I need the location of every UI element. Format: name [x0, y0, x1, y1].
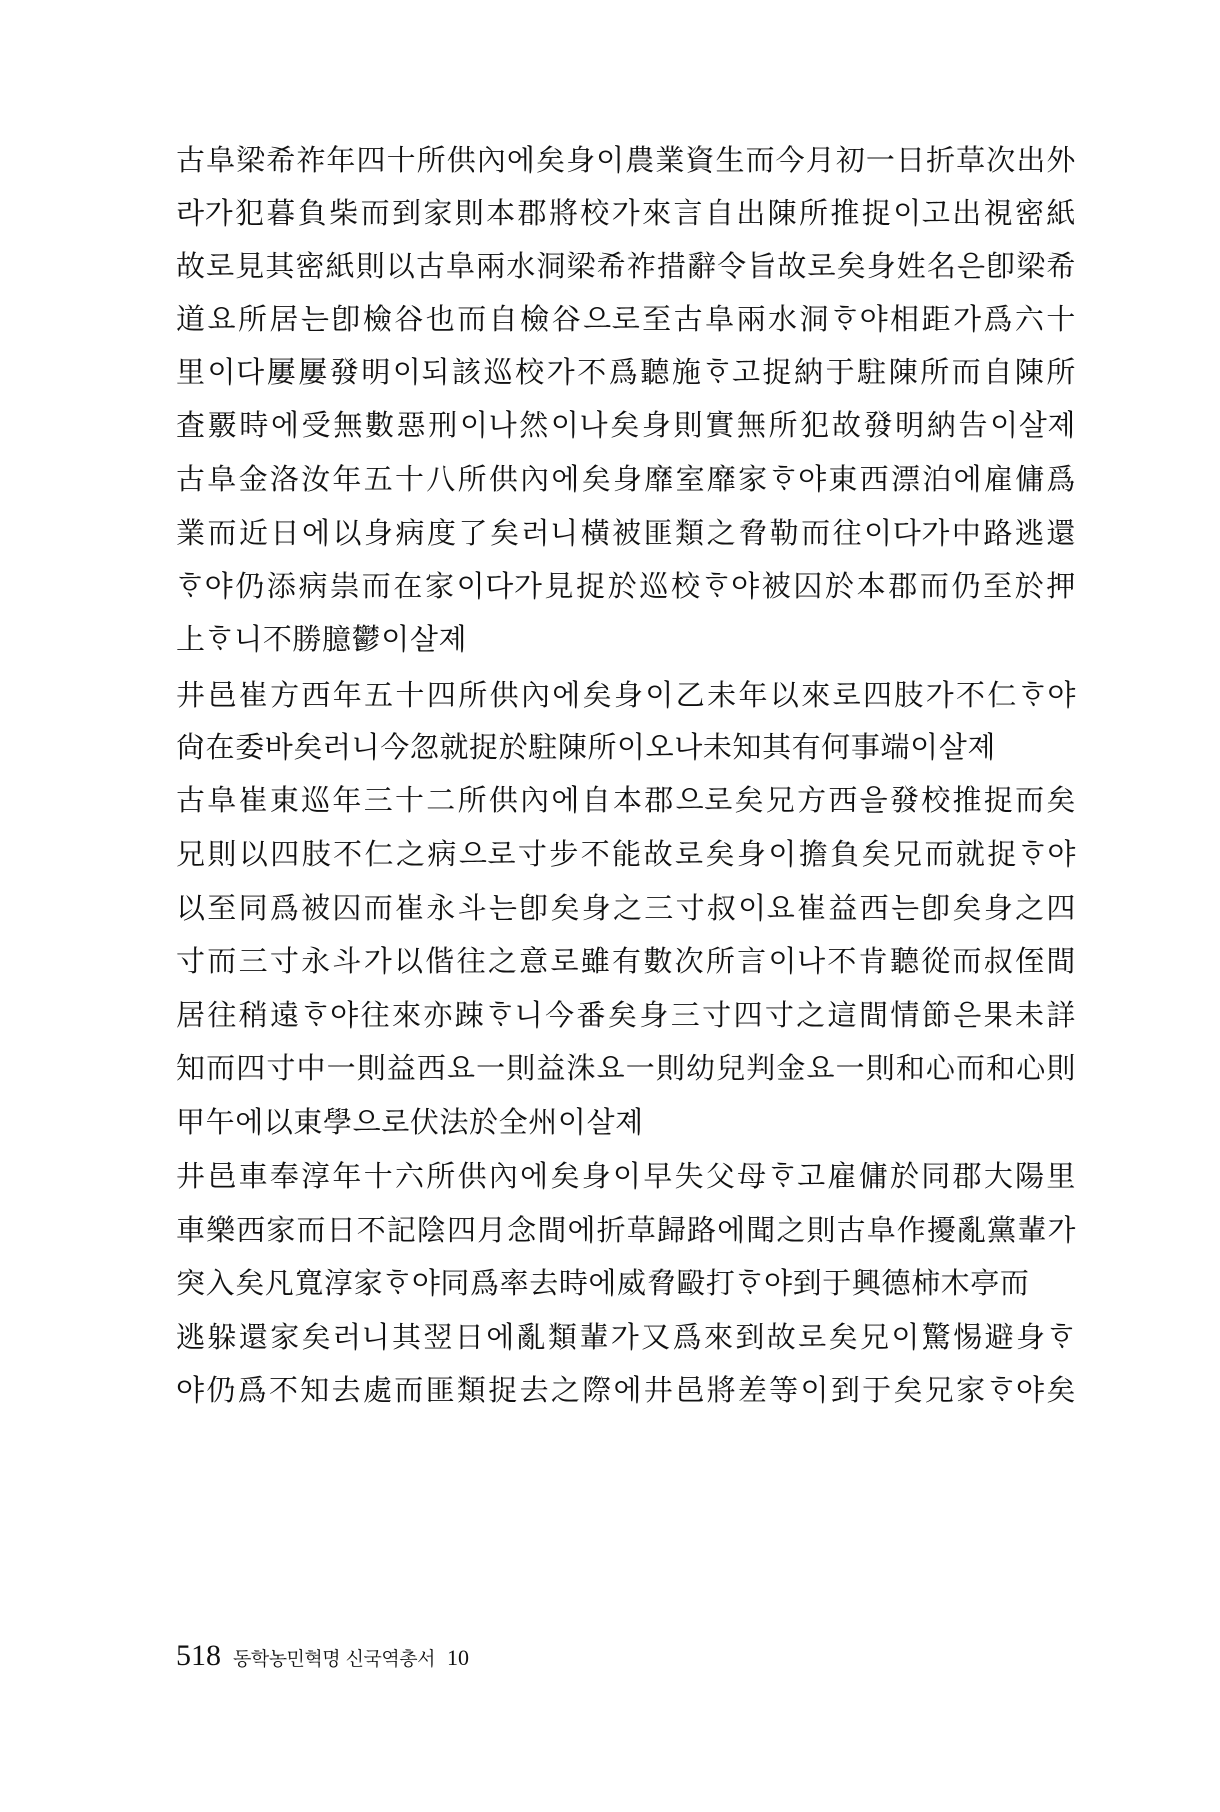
- text-line: 査覈時에受無數惡刑이나然이나矣身則實無所犯故發明納告이살졔: [176, 405, 1076, 445]
- text-line: 古阜崔東巡年三十二所供內에自本郡으로矣兄方西을發校推捉而矣: [176, 780, 1076, 820]
- text-line: 故로見其密紙則以古阜兩水洞梁希祚措辭令旨故로矣身姓名은卽梁希: [176, 246, 1076, 286]
- text-line: 井邑崔方西年五十四所供內에矣身이乙未年以來로四肢가不仁ᄒᆞ야: [176, 675, 1076, 715]
- text-line: 寸而三寸永斗가以偕往之意로雖有數次所言이나不肯聽從而叔侄間: [176, 941, 1076, 981]
- document-page: 古阜梁希祚年四十所供內에矣身이農業資生而今月初一日折草次出外라가犯暮負柴而到家則…: [0, 0, 1220, 1812]
- page-number: 518: [176, 1639, 221, 1672]
- text-line: ᄒᆞ야仍添病祟而在家이다가見捉於巡校ᄒᆞ야被囚於本郡而仍至於押: [176, 566, 1076, 606]
- volume-number: 10: [447, 1645, 469, 1670]
- text-line: 야仍爲不知去處而匪類捉去之際에井邑將差等이到于矣兄家ᄒᆞ야矣: [176, 1370, 1076, 1410]
- text-line: 車樂西家而日不記陰四月念間에折草歸路에聞之則古阜作擾亂黨輩가: [176, 1210, 1076, 1250]
- text-line: 古阜金洛汝年五十八所供內에矣身靡室靡家ᄒᆞ야東西漂泊에雇傭爲: [176, 459, 1076, 499]
- text-line: 井邑車奉淳年十六所供內에矣身이早失父母ᄒᆞ고雇傭於同郡大陽里: [176, 1156, 1076, 1196]
- text-line: 知而四寸中一則益西요一則益洙요一則幼兒判金요一則和心而和心則: [176, 1048, 1076, 1088]
- text-line: 尙在委바矣러니今忽就捉於駐陳所이오나未知其有何事端이살졔: [176, 727, 1076, 767]
- text-line: 逃躲還家矣러니其翌日에亂類輩가又爲來到故로矣兄이驚惕避身ᄒᆞ: [176, 1317, 1076, 1357]
- text-line: 里이다屢屢發明이되該巡校가不爲聽施ᄒᆞ고捉納于駐陳所而自陳所: [176, 352, 1076, 392]
- text-line: 以至同爲被囚而崔永斗는卽矣身之三寸叔이요崔益西는卽矣身之四: [176, 888, 1076, 928]
- text-line: 古阜梁希祚年四十所供內에矣身이農業資生而今月初一日折草次出外: [176, 140, 1076, 180]
- text-line: 上ᄒᆞ니不勝臆鬱이살졔: [176, 619, 1076, 659]
- text-line: 居往稍遠ᄒᆞ야往來亦踈ᄒᆞ니今番矣身三寸四寸之這間情節은果未詳: [176, 995, 1076, 1035]
- series-title: 동학농민혁명 신국역총서: [233, 1648, 435, 1670]
- text-line: 兄則以四肢不仁之病으로寸步不能故로矣身이擔負矣兄而就捉ᄒᆞ야: [176, 834, 1076, 874]
- text-line: 業而近日에以身病度了矣러니橫被匪類之脅勒而往이다가中路逃還: [176, 513, 1076, 553]
- page-footer: 518 동학농민혁명 신국역총서 10: [176, 1636, 469, 1676]
- text-line: 甲午에以東學으로伏法於全州이살졔: [176, 1102, 1076, 1142]
- text-line: 道요所居는卽檢谷也而自檢谷으로至古阜兩水洞ᄒᆞ야相距가爲六十: [176, 299, 1076, 339]
- text-line: 突入矣凡寬淳家ᄒᆞ야同爲率去時에威脅毆打ᄒᆞ야到于興德柿木亭而: [176, 1263, 1076, 1303]
- text-line: 라가犯暮負柴而到家則本郡將校가來言自出陳所推捉이고出視密紙: [176, 193, 1076, 233]
